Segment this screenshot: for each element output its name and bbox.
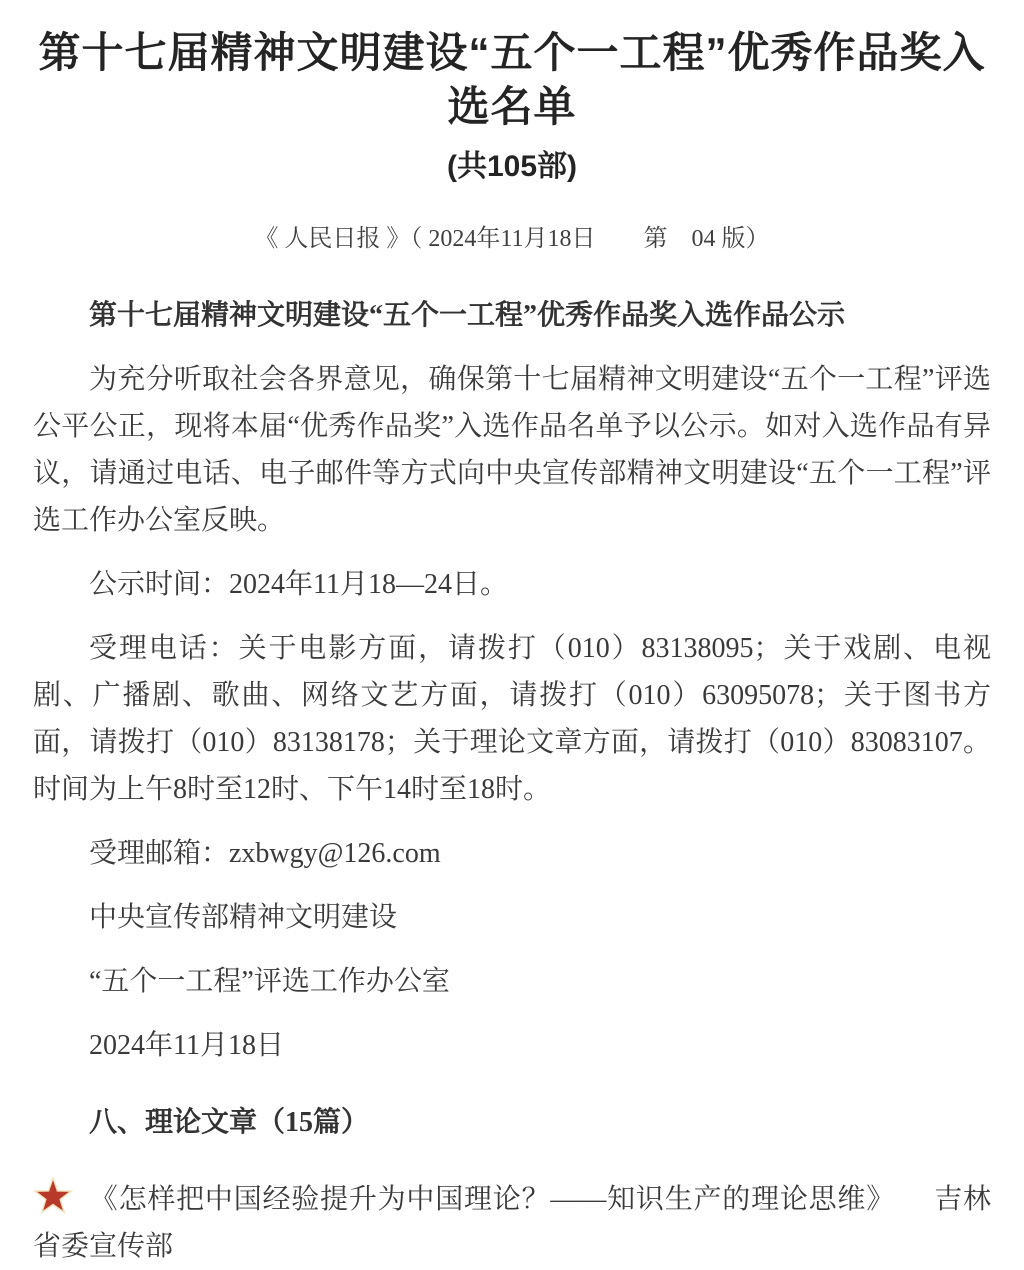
signature-date: 2024年11月18日 [33,1022,991,1069]
paragraph-email: 受理邮箱：zxbwgy@126.com [33,830,991,877]
count-note: (共105部) [33,150,991,183]
signature-org-line2: “五个一工程”评选工作办公室 [33,958,991,1005]
paragraph-public-time: 公示时间：2024年11月18—24日。 [33,561,991,608]
article-page: 第十七届精神文明建设“五个一工程”优秀作品奖入选名单 (共105部) 《 人民日… [0,0,1024,1270]
red-star-shape [35,1178,71,1212]
paragraph-phones: 受理电话：关于电影方面，请拨打（010）83138095；关于戏剧、电视剧、广播… [33,625,991,813]
section-heading-theory-articles: 八、理论文章（15篇） [33,1099,991,1146]
paragraph-intro: 为充分听取社会各界意见，确保第十七届精神文明建设“五个一工程”评选公平公正，现将… [33,356,991,544]
red-star-icon [33,1177,73,1217]
page-title: 第十七届精神文明建设“五个一工程”优秀作品奖入选名单 [33,26,991,134]
signature-org-line1: 中央宣传部精神文明建设 [33,894,991,941]
work-title: 《怎样把中国经验提升为中国理论？——知识生产的理论思维》 [89,1184,895,1215]
source-line: 《 人民日报 》（ 2024年11月18日 第 04 版） [33,223,991,257]
list-item: 《怎样把中国经验提升为中国理论？——知识生产的理论思维》吉林省委宣传部 [33,1176,991,1270]
section-heading-announcement: 第十七届精神文明建设“五个一工程”优秀作品奖入选作品公示 [33,292,991,339]
